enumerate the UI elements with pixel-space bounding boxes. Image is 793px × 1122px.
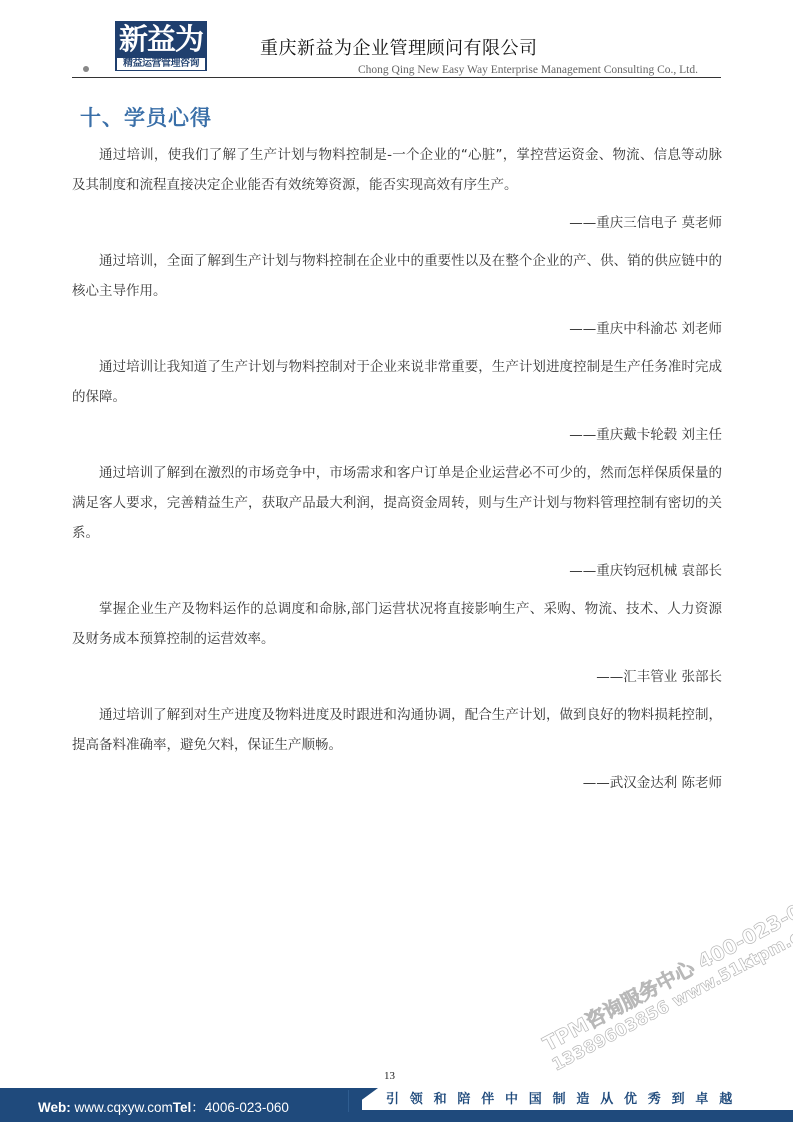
header-divider bbox=[72, 77, 721, 78]
web-label: Web: bbox=[38, 1100, 71, 1115]
testimonial-attribution: ——武汉金达利 陈老师 bbox=[72, 768, 722, 798]
testimonial-item: 通过培训了解到在激烈的市场竞争中，市场需求和客户订单是企业运营必不可少的，然而怎… bbox=[72, 458, 722, 586]
testimonial-item: 通过培训了解到对生产进度及物料进度及时跟进和沟通协调，配合生产计划，做到良好的物… bbox=[72, 700, 722, 798]
testimonial-text: 掌握企业生产及物料运作的总调度和命脉,部门运营状况将直接影响生产、采购、物流、技… bbox=[72, 594, 722, 654]
page-header: 新益为 精益运营管理咨询 重庆新益为企业管理顾问有限公司 Chong Qing … bbox=[0, 0, 793, 80]
testimonial-item: 通过培训让我知道了生产计划与物料控制对于企业来说非常重要，生产计划进度控制是生产… bbox=[72, 352, 722, 450]
footer-divider bbox=[348, 1090, 349, 1112]
web-link[interactable]: www.cqxyw.com bbox=[71, 1100, 173, 1115]
watermark: TPM咨询服务中心 400-023-060 13389603856 www.51… bbox=[470, 810, 761, 965]
company-name-cn: 重庆新益为企业管理顾问有限公司 bbox=[260, 38, 538, 60]
testimonial-attribution: ——汇丰管业 张部长 bbox=[72, 662, 722, 692]
footer-contact: Web: www.cqxyw.comTel：4006-023-060 bbox=[38, 1099, 289, 1117]
page-number: 13 bbox=[384, 1070, 395, 1082]
testimonial-attribution: ——重庆钧冠机械 袁部长 bbox=[72, 556, 722, 586]
company-name-en: Chong Qing New Easy Way Enterprise Manag… bbox=[358, 63, 698, 77]
section-title: 十、学员心得 bbox=[80, 104, 212, 132]
testimonial-text: 通过培训了解到在激烈的市场竞争中，市场需求和客户订单是企业运营必不可少的，然而怎… bbox=[72, 458, 722, 548]
company-logo: 新益为 精益运营管理咨询 bbox=[115, 21, 207, 71]
testimonial-attribution: ——重庆三信电子 莫老师 bbox=[72, 208, 722, 238]
testimonial-attribution: ——重庆戴卡轮毂 刘主任 bbox=[72, 420, 722, 450]
testimonial-text: 通过培训了解到对生产进度及物料进度及时跟进和沟通协调，配合生产计划，做到良好的物… bbox=[72, 700, 722, 760]
footer-bottom-bar bbox=[374, 1110, 793, 1122]
logo-sub-text: 精益运营管理咨询 bbox=[117, 58, 205, 70]
testimonial-item: 掌握企业生产及物料运作的总调度和命脉,部门运营状况将直接影响生产、采购、物流、技… bbox=[72, 594, 722, 692]
tel-label: Tel bbox=[173, 1100, 192, 1115]
testimonial-attribution: ——重庆中科渝芯 刘老师 bbox=[72, 314, 722, 344]
tel-value: ：4006-023-060 bbox=[191, 1100, 289, 1115]
footer-slogan: 引领和陪伴中国制造从优秀到卓越 bbox=[386, 1091, 743, 1109]
footer-diagonal bbox=[348, 1088, 378, 1110]
logo-main-text: 新益为 bbox=[115, 21, 207, 57]
testimonial-text: 通过培训，使我们了解了生产计划与物料控制是-一个企业的“心脏”，掌控营运资金、物… bbox=[72, 140, 722, 200]
testimonial-item: 通过培训，使我们了解了生产计划与物料控制是-一个企业的“心脏”，掌控营运资金、物… bbox=[72, 140, 722, 238]
testimonial-item: 通过培训，全面了解到生产计划与物料控制在企业中的重要性以及在整个企业的产、供、销… bbox=[72, 246, 722, 344]
testimonials-list: 通过培训，使我们了解了生产计划与物料控制是-一个企业的“心脏”，掌控营运资金、物… bbox=[72, 140, 722, 806]
testimonial-text: 通过培训让我知道了生产计划与物料控制对于企业来说非常重要，生产计划进度控制是生产… bbox=[72, 352, 722, 412]
testimonial-text: 通过培训，全面了解到生产计划与物料控制在企业中的重要性以及在整个企业的产、供、销… bbox=[72, 246, 722, 306]
bullet-dot-icon bbox=[83, 66, 89, 72]
